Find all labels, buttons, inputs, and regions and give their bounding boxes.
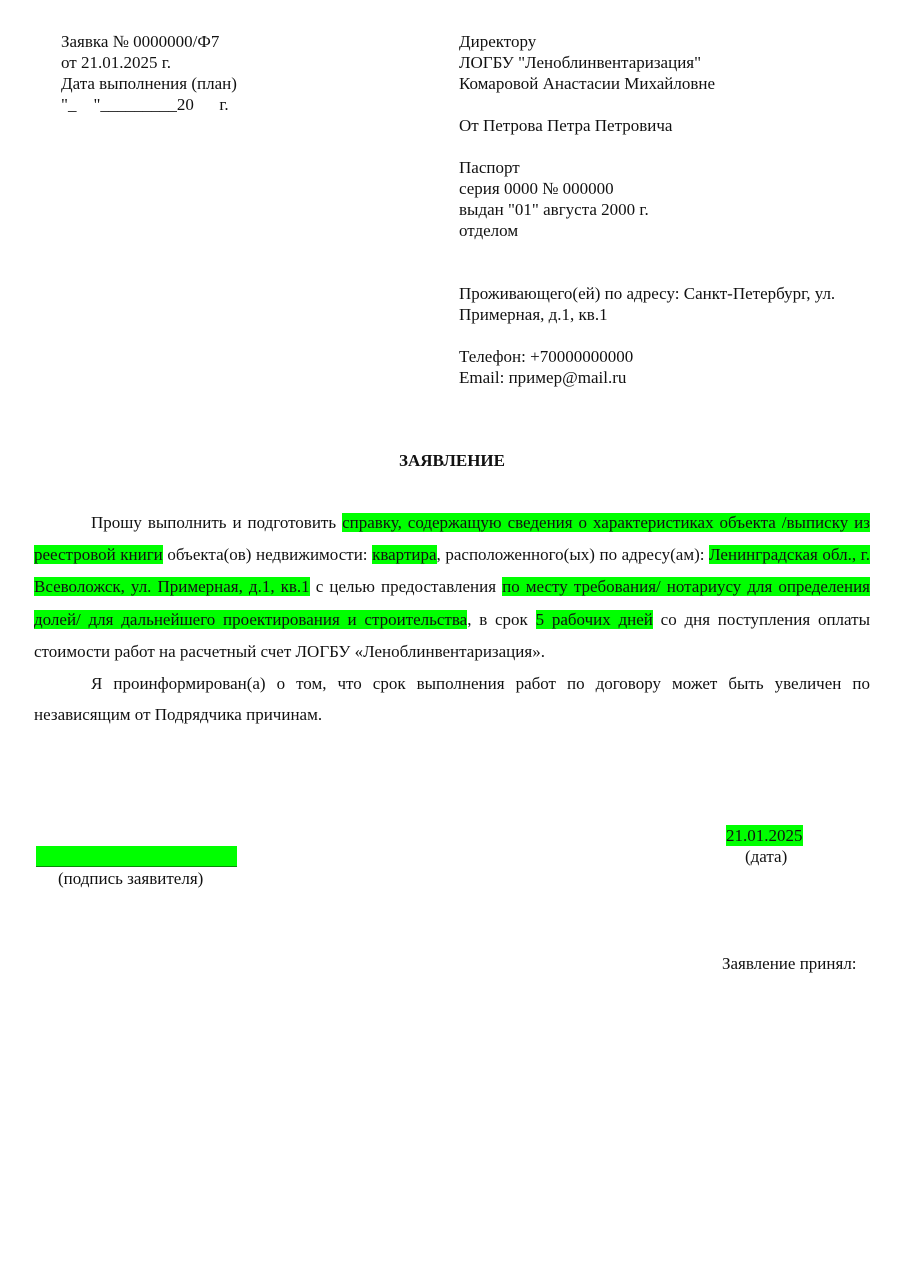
addressee-name: Комаровой Анастасии Михайловне	[459, 73, 835, 94]
passport-department: отделом	[459, 220, 835, 241]
passport-series: серия 0000 № 000000	[459, 178, 835, 199]
text-segment: , расположенного(ых) по адресу(ам):	[437, 545, 709, 564]
signature-field[interactable]	[36, 846, 237, 867]
text-segment: , в срок	[467, 610, 535, 629]
accepted-by-label: Заявление принял:	[722, 954, 857, 974]
request-paragraph: Прошу выполнить и подготовить справку, с…	[34, 507, 870, 668]
text-segment: с целью предоставления	[310, 577, 502, 596]
planned-date-label: Дата выполнения (план)	[61, 73, 237, 94]
text-segment: Прошу выполнить и подготовить	[91, 513, 342, 532]
request-date: от 21.01.2025 г.	[61, 52, 237, 73]
text-segment: объекта(ов) недвижимости:	[163, 545, 372, 564]
highlight-deadline: 5 рабочих дней	[536, 610, 653, 629]
statement-body: Прошу выполнить и подготовить справку, с…	[34, 507, 870, 730]
notice-paragraph: Я проинформирован(а) о том, что срок вып…	[34, 668, 870, 730]
address-line-1: Проживающего(ей) по адресу: Санкт-Петерб…	[459, 283, 835, 304]
date-label: (дата)	[745, 847, 787, 867]
addressee-block: Директору ЛОГБУ "Леноблинвентаризация" К…	[459, 31, 835, 388]
addressee-title: Директору	[459, 31, 835, 52]
signature-label: (подпись заявителя)	[58, 869, 203, 889]
date-value: 21.01.2025	[726, 825, 803, 846]
highlight-property-type: квартира	[372, 545, 436, 564]
address-line-2: Примерная, д.1, кв.1	[459, 304, 835, 325]
document-title: ЗАЯВЛЕНИЕ	[0, 450, 904, 471]
addressee-organization: ЛОГБУ "Леноблинвентаризация"	[459, 52, 835, 73]
passport-issued: выдан "01" августа 2000 г.	[459, 199, 835, 220]
request-number: Заявка № 0000000/Ф7	[61, 31, 237, 52]
email: Email: пример@mail.ru	[459, 367, 835, 388]
request-info-block: Заявка № 0000000/Ф7 от 21.01.2025 г. Дат…	[61, 31, 237, 115]
applicant-name: От Петрова Петра Петровича	[459, 115, 835, 136]
passport-label: Паспорт	[459, 157, 835, 178]
planned-date-blank: "_ "_________20 г.	[61, 94, 237, 115]
phone: Телефон: +70000000000	[459, 346, 835, 367]
